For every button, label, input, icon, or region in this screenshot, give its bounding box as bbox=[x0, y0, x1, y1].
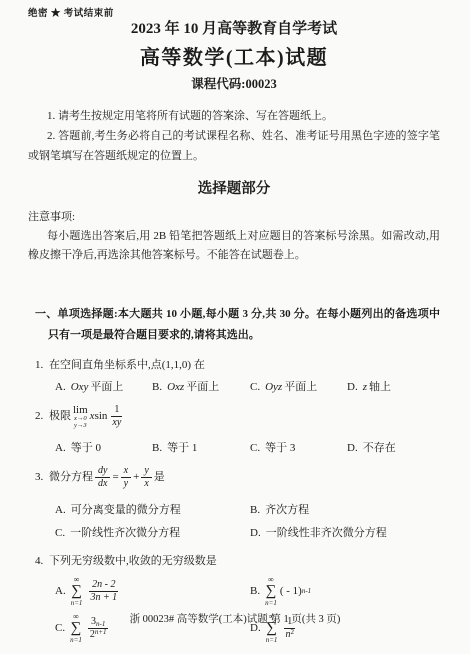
notes-body: 每小题选出答案后,用 2B 铅笔把答题纸上对应题目的答案标号涂黑。如需改动,用橡… bbox=[28, 227, 440, 265]
notes-label: 注意事项: bbox=[28, 208, 440, 227]
q2-option-d-label: D. bbox=[347, 439, 358, 458]
question-4: 4. 下列无穷级数中,收敛的无穷级数是 bbox=[35, 552, 440, 571]
paper-title: 高等数学(工本)试题 bbox=[28, 41, 440, 70]
q2-option-a-label: A. bbox=[55, 439, 66, 458]
summation-lower-bound: n=1 bbox=[71, 599, 83, 608]
q2-option-c-text: 等于 3 bbox=[265, 439, 295, 458]
q4-option-c-denominator: 2n+1 bbox=[87, 629, 110, 641]
course-code: 课程代码:00023 bbox=[28, 74, 440, 92]
question-2-number: 2. bbox=[35, 407, 49, 426]
sigma-symbol: ∑ bbox=[266, 584, 277, 599]
question-3-stem: 3. 微分方程 dy dx = x y + y x 是 bbox=[35, 465, 440, 490]
q1-option-d-text: 轴上 bbox=[369, 378, 391, 397]
q3-option-c-label: C. bbox=[55, 524, 65, 543]
question-1: 1. 在空间直角坐标系中,点(1,1,0) 在 bbox=[35, 356, 440, 375]
q2-option-d-text: 不存在 bbox=[363, 439, 396, 458]
q3-derivative-fraction: dy dx bbox=[95, 465, 110, 490]
limit-word: lim bbox=[73, 405, 88, 415]
q2-option-c: C. 等于 3 bbox=[250, 439, 347, 458]
question-1-options: A. Oxy 平面上 B. Oxz 平面上 C. Oyz 平面上 D. z 轴上 bbox=[55, 378, 440, 397]
q4-option-a-denominator: 3n + 1 bbox=[87, 592, 120, 604]
question-1-text: 在空间直角坐标系中,点(1,1,0) 在 bbox=[49, 356, 205, 375]
q3-option-d: D. 一阶线性非齐次微分方程 bbox=[250, 524, 440, 543]
q3-fraction-xy-denominator: y bbox=[121, 478, 131, 490]
q4-option-b-label: B. bbox=[250, 582, 260, 601]
q1-option-a-text: 平面上 bbox=[90, 378, 123, 397]
q3-option-c: C. 一阶线性齐次微分方程 bbox=[55, 524, 250, 543]
question-2: 2. 极限 lim x→0 y→3 x sin 1 xy bbox=[35, 404, 440, 436]
q4-option-a-numerator: 2n - 2 bbox=[89, 579, 118, 592]
q4-option-a: A. ∞ ∑ n=1 2n - 2 3n + 1 bbox=[55, 575, 250, 608]
q2-option-b-label: B. bbox=[152, 439, 162, 458]
q1-option-b-label: B. bbox=[152, 378, 162, 397]
q1-option-b-var: Oxz bbox=[167, 378, 184, 397]
q3-option-d-label: D. bbox=[250, 524, 261, 543]
q3-option-b-text: 齐次方程 bbox=[265, 501, 309, 520]
q3-option-a-label: A. bbox=[55, 501, 66, 520]
q1-option-c-text: 平面上 bbox=[284, 378, 317, 397]
instruction-2: 2. 答题前,考生务必将自己的考试课程名称、姓名、准考证号用黑色字迹的签字笔或钢… bbox=[28, 126, 440, 166]
q3-fraction-yx-denominator: x bbox=[141, 478, 151, 490]
question-3: 3. 微分方程 dy dx = x y + y x 是 bbox=[35, 465, 440, 497]
q1-option-b-text: 平面上 bbox=[186, 378, 219, 397]
q2-option-c-label: C. bbox=[250, 439, 260, 458]
q3-option-b: B. 齐次方程 bbox=[250, 501, 440, 520]
part-one-heading: 一、单项选择题:本大题共 10 小题,每小题 3 分,共 30 分。在每小题列出… bbox=[35, 304, 440, 346]
q3-fraction-yx-numerator: y bbox=[141, 465, 151, 478]
question-3-options-row-1: A. 可分离变量的微分方程 B. 齐次方程 bbox=[55, 501, 440, 520]
question-4-text: 下列无穷级数中,收敛的无穷级数是 bbox=[49, 552, 217, 571]
q4-option-c-den-exponent: n+1 bbox=[95, 629, 107, 636]
question-4-number: 4. bbox=[35, 552, 49, 571]
q2-fraction-denominator: xy bbox=[109, 417, 124, 429]
limit-notation: lim x→0 y→3 bbox=[73, 405, 88, 429]
q4-option-a-fraction: 2n - 2 3n + 1 bbox=[87, 579, 120, 604]
question-2-options: A. 等于 0 B. 等于 1 C. 等于 3 D. 不存在 bbox=[55, 439, 440, 458]
question-4-options-row-1: A. ∞ ∑ n=1 2n - 2 3n + 1 B. ∞ ∑ n=1 ( - … bbox=[55, 575, 440, 608]
limit-subscript-y: y→3 bbox=[74, 422, 87, 429]
q2-option-d: D. 不存在 bbox=[347, 439, 440, 458]
q1-option-b: B. Oxz 平面上 bbox=[152, 378, 250, 397]
equals-sign: = bbox=[112, 468, 118, 487]
q2-function: sin bbox=[95, 407, 108, 426]
question-3-number: 3. bbox=[35, 468, 49, 487]
q1-option-c-label: C. bbox=[250, 378, 260, 397]
q1-option-c-var: Oyz bbox=[265, 378, 282, 397]
summation-lower-bound: n=1 bbox=[70, 636, 82, 645]
question-4-stem: 4. 下列无穷级数中,收敛的无穷级数是 bbox=[35, 552, 440, 571]
sigma-symbol: ∑ bbox=[71, 584, 82, 599]
q3-option-b-label: B. bbox=[250, 501, 260, 520]
q3-fraction-xy-numerator: x bbox=[121, 465, 131, 478]
page-footer: 浙 00023# 高等数学(工本)试题 第 1 页(共 3 页) bbox=[0, 611, 470, 626]
q3-derivative-numerator: dy bbox=[95, 465, 110, 478]
q2-option-a: A. 等于 0 bbox=[55, 439, 152, 458]
question-1-number: 1. bbox=[35, 356, 49, 375]
q4-option-d-den-exponent: 2 bbox=[290, 629, 294, 636]
summation-notation: ∞ ∑ n=1 bbox=[265, 575, 277, 608]
candidate-instructions: 1. 请考生按规定用笔将所有试题的答案涂、写在答题纸上。 2. 答题前,考生务必… bbox=[28, 106, 440, 166]
q3-option-c-text: 一阶线性齐次微分方程 bbox=[70, 524, 180, 543]
q2-option-b: B. 等于 1 bbox=[152, 439, 250, 458]
q4-option-b: B. ∞ ∑ n=1 ( - 1)n-1 bbox=[250, 575, 440, 608]
question-1-stem: 1. 在空间直角坐标系中,点(1,1,0) 在 bbox=[35, 356, 440, 375]
q2-fraction-numerator: 1 bbox=[111, 404, 122, 417]
q2-option-b-text: 等于 1 bbox=[167, 439, 197, 458]
q1-option-a-label: A. bbox=[55, 378, 66, 397]
q1-option-d-label: D. bbox=[347, 378, 358, 397]
q4-option-b-exponent: n-1 bbox=[302, 588, 311, 595]
q3-option-a-text: 可分离变量的微分方程 bbox=[71, 501, 181, 520]
q3-fraction-xy: x y bbox=[121, 465, 131, 490]
q1-option-d-var: z bbox=[363, 378, 367, 397]
summation-lower-bound: n=1 bbox=[265, 599, 277, 608]
q4-option-d-denominator: n2 bbox=[282, 629, 297, 641]
q3-option-d-text: 一阶线性非齐次微分方程 bbox=[266, 524, 387, 543]
summation-lower-bound: n=1 bbox=[266, 636, 278, 645]
summation-notation: ∞ ∑ n=1 bbox=[71, 575, 83, 608]
q2-fraction: 1 xy bbox=[109, 404, 124, 429]
q1-option-c: C. Oyz 平面上 bbox=[250, 378, 347, 397]
plus-sign: + bbox=[133, 468, 139, 487]
q4-option-b-base: ( - 1) bbox=[280, 582, 302, 601]
section-title: 选择题部分 bbox=[28, 177, 440, 198]
q1-option-a: A. Oxy 平面上 bbox=[55, 378, 152, 397]
q3-derivative-denominator: dx bbox=[95, 478, 110, 490]
q3-fraction-yx: y x bbox=[141, 465, 151, 490]
exam-paper-page: 绝密 ★ 考试结束前 2023 年 10 月高等教育自学考试 高等数学(工本)试… bbox=[0, 0, 470, 654]
q1-option-a-var: Oxy bbox=[71, 378, 89, 397]
q1-option-d: D. z 轴上 bbox=[347, 378, 440, 397]
limit-subscript-x: x→0 bbox=[74, 415, 87, 422]
q3-option-a: A. 可分离变量的微分方程 bbox=[55, 501, 250, 520]
question-3-suffix: 是 bbox=[154, 468, 165, 487]
q2-option-a-text: 等于 0 bbox=[71, 439, 101, 458]
question-3-options-row-2: C. 一阶线性齐次微分方程 D. 一阶线性非齐次微分方程 bbox=[55, 524, 440, 543]
classification-banner: 绝密 ★ 考试结束前 bbox=[28, 5, 114, 19]
question-2-stem: 2. 极限 lim x→0 y→3 x sin 1 xy bbox=[35, 404, 440, 429]
question-3-prefix: 微分方程 bbox=[49, 468, 93, 487]
q4-option-a-label: A. bbox=[55, 582, 66, 601]
instruction-1: 1. 请考生按规定用笔将所有试题的答案涂、写在答题纸上。 bbox=[28, 106, 440, 126]
question-2-prefix: 极限 bbox=[49, 407, 71, 426]
